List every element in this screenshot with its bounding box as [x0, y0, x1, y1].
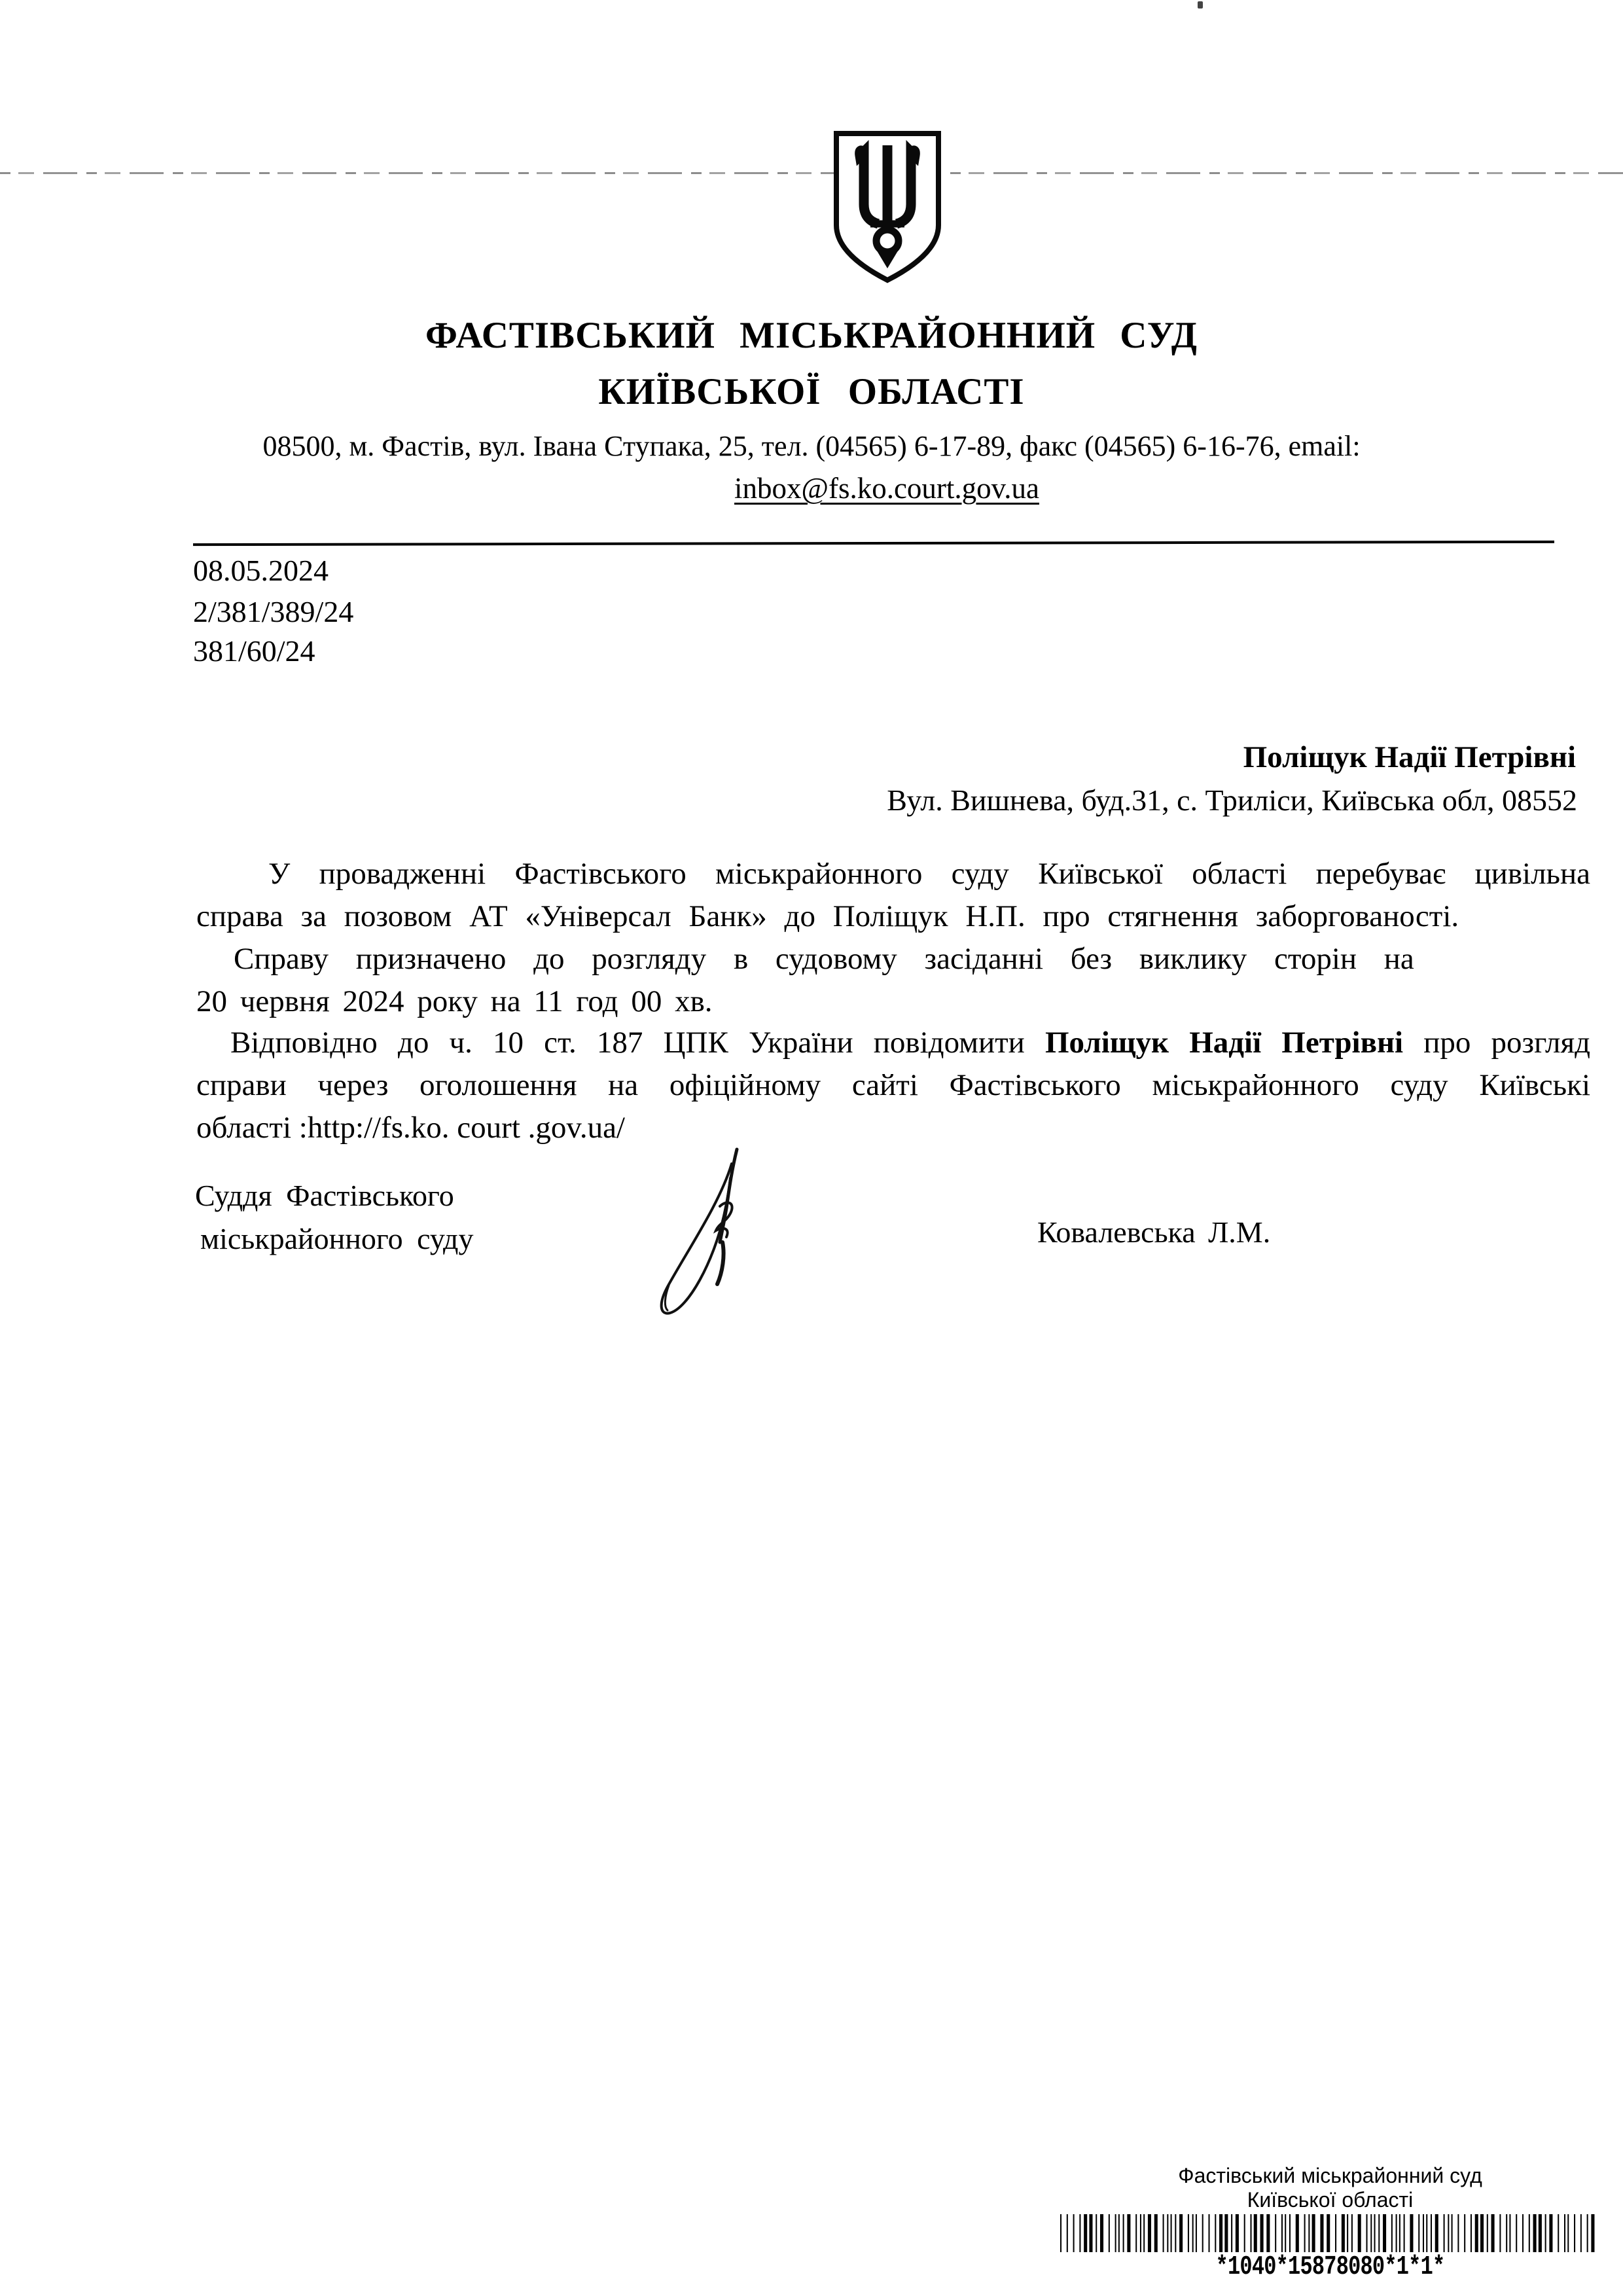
judge-name: Ковалевська Л.М.: [1037, 1215, 1270, 1249]
barcode-text: *1040*15878080*1*1*: [1120, 2252, 1541, 2282]
body-text-segment: Відповідно до ч. 10 ст. 187 ЦПК України …: [230, 1026, 1045, 1060]
barcode: [1060, 2214, 1597, 2252]
header-divider: [193, 541, 1554, 546]
document-date: 08.05.2024: [193, 553, 329, 588]
body-line-6: справи через оголошення на офіційному са…: [196, 1069, 1590, 1103]
record-number: 381/60/24: [193, 634, 315, 668]
case-number: 2/381/389/24: [193, 594, 353, 629]
court-name-line1: ФАСТІВСЬКИЙ МІСЬКРАЙОННИЙ СУД: [0, 314, 1623, 357]
signer-role-line2: міськрайонного суду: [200, 1221, 473, 1256]
court-address: 08500, м. Фастів, вул. Івана Ступака, 25…: [0, 429, 1623, 463]
signer-role-line1: Суддя Фастівського: [195, 1178, 454, 1213]
body-line-5: Відповідно до ч. 10 ст. 187 ЦПК України …: [196, 1026, 1590, 1060]
recipient-name-inline: Поліщук Надії Петрівні: [1045, 1026, 1403, 1060]
scan-fold-line: [0, 172, 1623, 174]
body-line-1: У провадженні Фастівського міськрайонног…: [196, 857, 1590, 891]
footer-court-line1: Фастівський міськрайонний суд: [1060, 2163, 1600, 2188]
court-name-line2: КИЇВСЬКОЇ ОБЛАСТІ: [0, 370, 1623, 413]
court-email-text[interactable]: inbox@fs.ko.court.gov.ua: [734, 472, 1039, 505]
document-page: ФАСТІВСЬКИЙ МІСЬКРАЙОННИЙ СУД КИЇВСЬКОЇ …: [0, 0, 1623, 2296]
body-line-4: 20 червня 2024 року на 11 год 00 хв.: [196, 985, 1590, 1019]
body-line-3: Справу призначено до розгляду в судовому…: [196, 942, 1590, 977]
handwritten-signature: [633, 1144, 777, 1324]
body-line-2: справа за позовом АТ «Універсал Банк» до…: [196, 900, 1590, 934]
footer-court-line2: Київської області: [1060, 2188, 1600, 2212]
scan-artifact-dot: [1198, 1, 1203, 9]
court-email-link[interactable]: inbox@fs.ko.court.gov.ua: [75, 471, 1623, 505]
footer-stamp-block: Фастівський міськрайонний суд Київської …: [1060, 2163, 1600, 2282]
body-text-segment: про розгляд: [1403, 1026, 1590, 1060]
recipient-name: Поліщук Надії Петрівні: [1243, 740, 1576, 775]
body-line-7: області :http://fs.ko. court .gov.ua/: [196, 1111, 1590, 1145]
coat-of-arms-icon: [830, 128, 945, 285]
recipient-address: Вул. Вишнева, буд.31, с. Триліси, Київсь…: [887, 783, 1577, 817]
